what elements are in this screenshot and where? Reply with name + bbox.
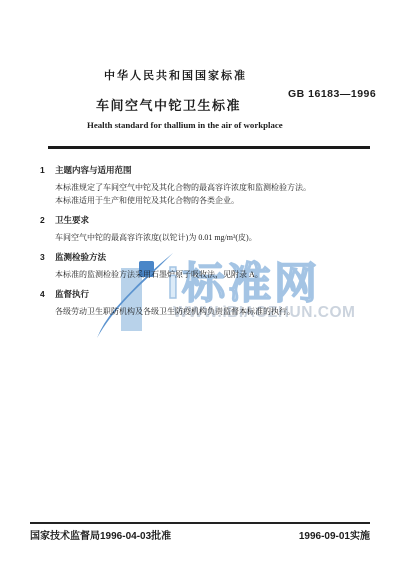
section-heading: 4 监督执行 (40, 288, 372, 300)
national-standard-label: 中华人民共和国国家标准 (104, 67, 247, 83)
section-paragraph: 各级劳动卫生职防机构及各级卫生防疫机构负责监督本标准的执行。 (40, 305, 372, 318)
section-number: 2 (40, 214, 55, 226)
section-heading: 2 卫生要求 (40, 214, 372, 226)
section-paragraph: 本标准规定了车间空气中铊及其化合物的最高容许浓度和监测检验方法。 (40, 181, 372, 194)
section-number: 1 (40, 164, 55, 176)
header-divider-rule (48, 146, 370, 149)
section-supervision: 4 监督执行 各级劳动卫生职防机构及各级卫生防疫机构负责监督本标准的执行。 (40, 288, 372, 318)
section-hygiene-requirement: 2 卫生要求 车间空气中铊的最高容许浓度(以铊计)为 0.01 mg/m³(皮)… (40, 214, 372, 244)
section-title: 监测检验方法 (55, 251, 106, 263)
section-paragraph: 车间空气中铊的最高容许浓度(以铊计)为 0.01 mg/m³(皮)。 (40, 231, 372, 244)
approval-notice: 国家技术监督局1996-04-03批准 (30, 527, 171, 542)
section-paragraph: 本标准的监测检验方法采用石墨炉原子吸收法，见附录 A。 (40, 268, 372, 281)
document-body: 1 主题内容与适用范围 本标准规定了车间空气中铊及其化合物的最高容许浓度和监测检… (40, 164, 372, 325)
footer-divider-rule (30, 522, 370, 524)
document-title-chinese: 车间空气中铊卫生标准 (96, 95, 241, 114)
document-title-english: Health standard for thallium in the air … (87, 120, 283, 130)
section-title: 主题内容与适用范围 (55, 164, 132, 176)
standard-number: GB 16183—1996 (288, 88, 376, 100)
section-title: 卫生要求 (55, 214, 89, 226)
section-heading: 1 主题内容与适用范围 (40, 164, 372, 176)
section-heading: 3 监测检验方法 (40, 251, 372, 263)
section-monitoring-method: 3 监测检验方法 本标准的监测检验方法采用石墨炉原子吸收法，见附录 A。 (40, 251, 372, 281)
document-page: 中华人民共和国国家标准 GB 16183—1996 车间空气中铊卫生标准 Hea… (0, 0, 400, 585)
section-title: 监督执行 (55, 288, 89, 300)
implementation-date: 1996-09-01实施 (299, 527, 370, 542)
section-number: 3 (40, 251, 55, 263)
section-scope: 1 主题内容与适用范围 本标准规定了车间空气中铊及其化合物的最高容许浓度和监测检… (40, 164, 372, 207)
section-paragraph: 本标准适用于生产和使用铊及其化合物的各类企业。 (40, 194, 372, 207)
section-number: 4 (40, 288, 55, 300)
